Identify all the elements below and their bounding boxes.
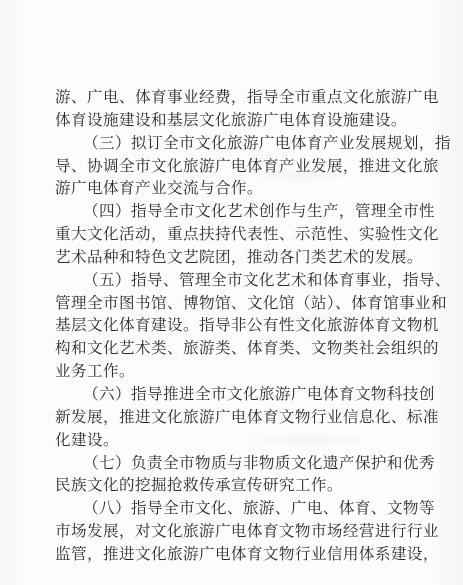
section-5-heading-line: （五）指导、管理全市文化艺术和体育事业，指导、 <box>55 269 396 292</box>
text-line: 管理全市图书馆、博物馆、文化馆（站）、体育馆事业和 <box>55 292 396 315</box>
section-7-heading-line: （七）负责全市物质与非物质文化遗产保护和优秀 <box>55 452 396 475</box>
text-line: 基层文化体育建设。指导非公有性文化旅游体育文物机 <box>55 314 396 337</box>
section-8-heading-line: （八）指导全市文化、旅游、广电、体育、文物等 <box>55 497 396 520</box>
text-line: 体育设施建设和基层文化旅游广电体育设施建设。 <box>55 109 396 132</box>
text-line: 重大文化活动，重点扶持代表性、示范性、实验性文化 <box>55 223 396 246</box>
text-line: 导、协调全市文化旅游广电体育产业发展，推进文化旅 <box>55 155 396 178</box>
text-line: 构和文化艺术类、旅游类、体育类、文物类社会组织的 <box>55 337 396 360</box>
section-6-heading-line: （六）指导推进全市文化旅游广电体育文物科技创 <box>55 383 396 406</box>
scanned-page: 游、广电、体育事业经费，指导全市重点文化旅游广电 体育设施建设和基层文化旅游广电… <box>0 0 463 585</box>
text-line: 游、广电、体育事业经费，指导全市重点文化旅游广电 <box>55 86 396 109</box>
text-line: 新发展，推进文化旅游广电体育文物行业信息化、标准 <box>55 406 396 429</box>
text-line: 业务工作。 <box>55 360 396 383</box>
text-line: 游广电体育产业交流与合作。 <box>55 177 396 200</box>
text-line: 化建设。 <box>55 429 396 452</box>
section-4-heading-line: （四）指导全市文化艺术创作与生产，管理全市性 <box>55 200 396 223</box>
section-3-heading-line: （三）拟订全市文化旅游广电体育产业发展规划，指 <box>55 132 396 155</box>
text-line: 艺术品种和特色文艺院团，推动各门类艺术的发展。 <box>55 246 396 269</box>
document-body: 游、广电、体育事业经费，指导全市重点文化旅游广电 体育设施建设和基层文化旅游广电… <box>55 86 396 566</box>
text-line: 市场发展，对文化旅游广电体育文物市场经营进行行业 <box>55 520 396 543</box>
text-line: 民族文化的挖掘抢救传承宣传研究工作。 <box>55 474 396 497</box>
text-line: 监管，推进文化旅游广电体育文物行业信用体系建设， <box>55 543 396 566</box>
